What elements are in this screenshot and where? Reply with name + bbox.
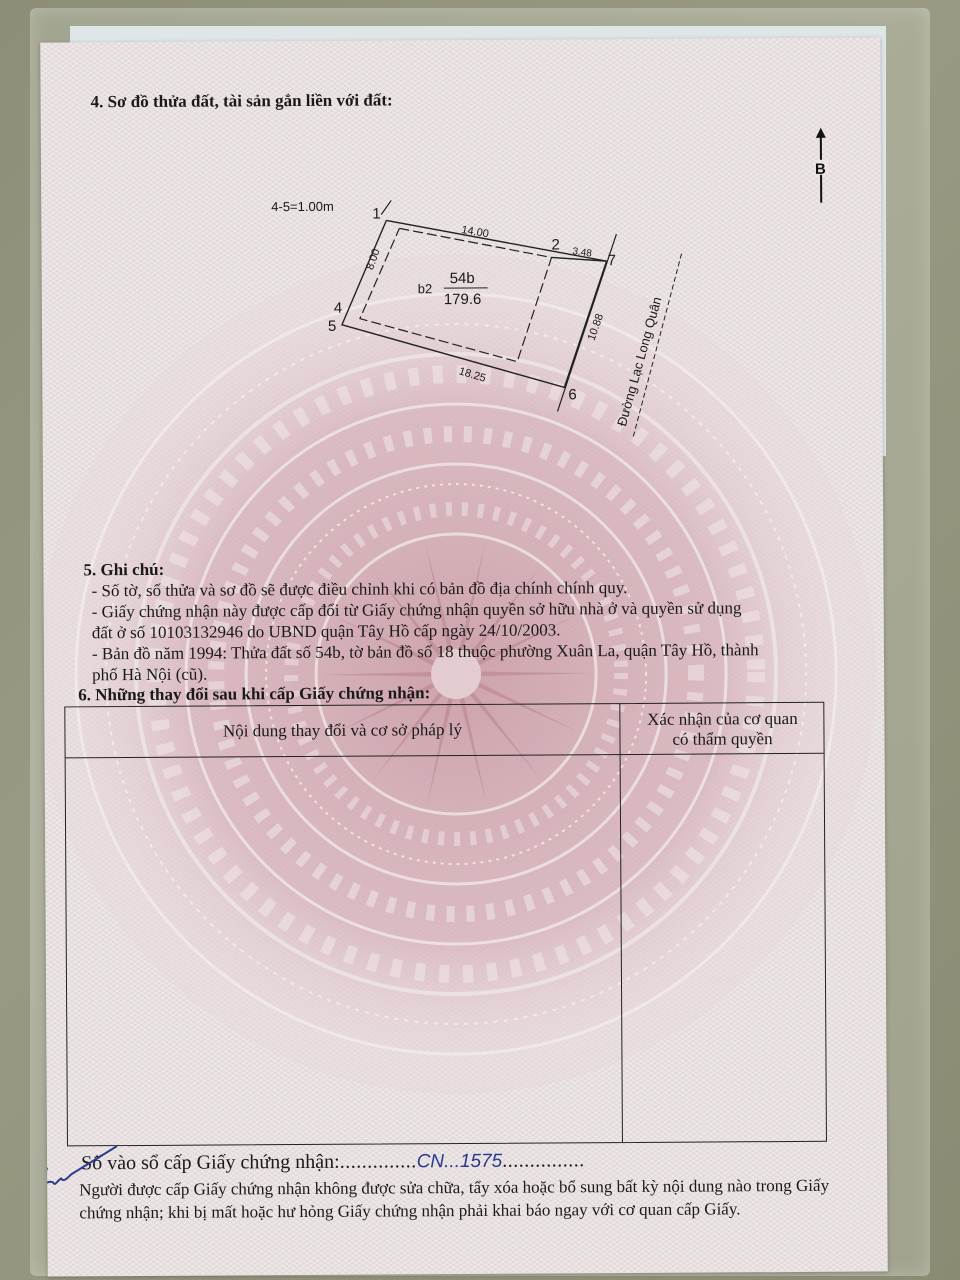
svg-text:1: 1	[372, 206, 380, 223]
parcel-type: b2	[418, 281, 433, 296]
edge-1-2-length: 14.00	[460, 224, 489, 240]
table-header-confirmation: Xác nhận của cơ quan có thẩm quyền	[621, 705, 823, 754]
warning-text: Người được cấp Giấy chứng nhận không đượ…	[79, 1174, 859, 1225]
note-line: phố Hà Nội (cũ).	[92, 665, 207, 686]
note-line: đất ở số 10103132946 do UBND quận Tây Hồ…	[92, 620, 561, 643]
svg-text:2: 2	[551, 236, 559, 253]
svg-text:5: 5	[328, 318, 336, 335]
table-header-content: Nội dung thay đổi và cơ sở pháp lý	[65, 704, 619, 757]
edge-6-5-length: 18.25	[457, 365, 487, 384]
land-plot-diagram: 4-5=1.00m 1 2 7 6 5 4 14.00 3.48 10.88 1…	[40, 37, 882, 442]
north-arrow-icon: B	[811, 128, 831, 203]
road-name: Đường Lạc Long Quân	[614, 295, 664, 428]
svg-text:4: 4	[334, 300, 342, 317]
scale-label: 4-5=1.00m	[271, 199, 334, 214]
parcel-area: 179.6	[444, 291, 482, 308]
changes-table: Nội dung thay đổi và cơ sở pháp lý Xác n…	[64, 702, 827, 1147]
north-label: B	[815, 161, 826, 178]
registration-number: CN...1575	[417, 1151, 503, 1173]
edge-2-7-length: 3.48	[572, 246, 593, 260]
parcel-number: 54b	[450, 270, 475, 287]
svg-text:6: 6	[568, 386, 576, 403]
section-5-title: 5. Ghi chú:	[83, 560, 164, 580]
edge-4-1-length: 8.00	[364, 247, 383, 271]
certificate-page: 4. Sơ đồ thửa đất, tài sản gắn liền với …	[40, 37, 888, 1276]
svg-text:7: 7	[608, 252, 616, 269]
section-6-title: 6. Những thay đổi sau khi cấp Giấy chứng…	[78, 683, 430, 705]
note-line: - Giấy chứng nhận này được cấp đổi từ Gi…	[92, 598, 742, 622]
note-line: - Bản đồ năm 1994: Thửa đất số 54b, tờ b…	[92, 640, 759, 664]
registration-number-line: Số vào sổ cấp Giấy chứng nhận:..........…	[81, 1149, 585, 1175]
note-line: - Số tờ, số thửa và sơ đồ sẽ được điều c…	[92, 578, 628, 601]
